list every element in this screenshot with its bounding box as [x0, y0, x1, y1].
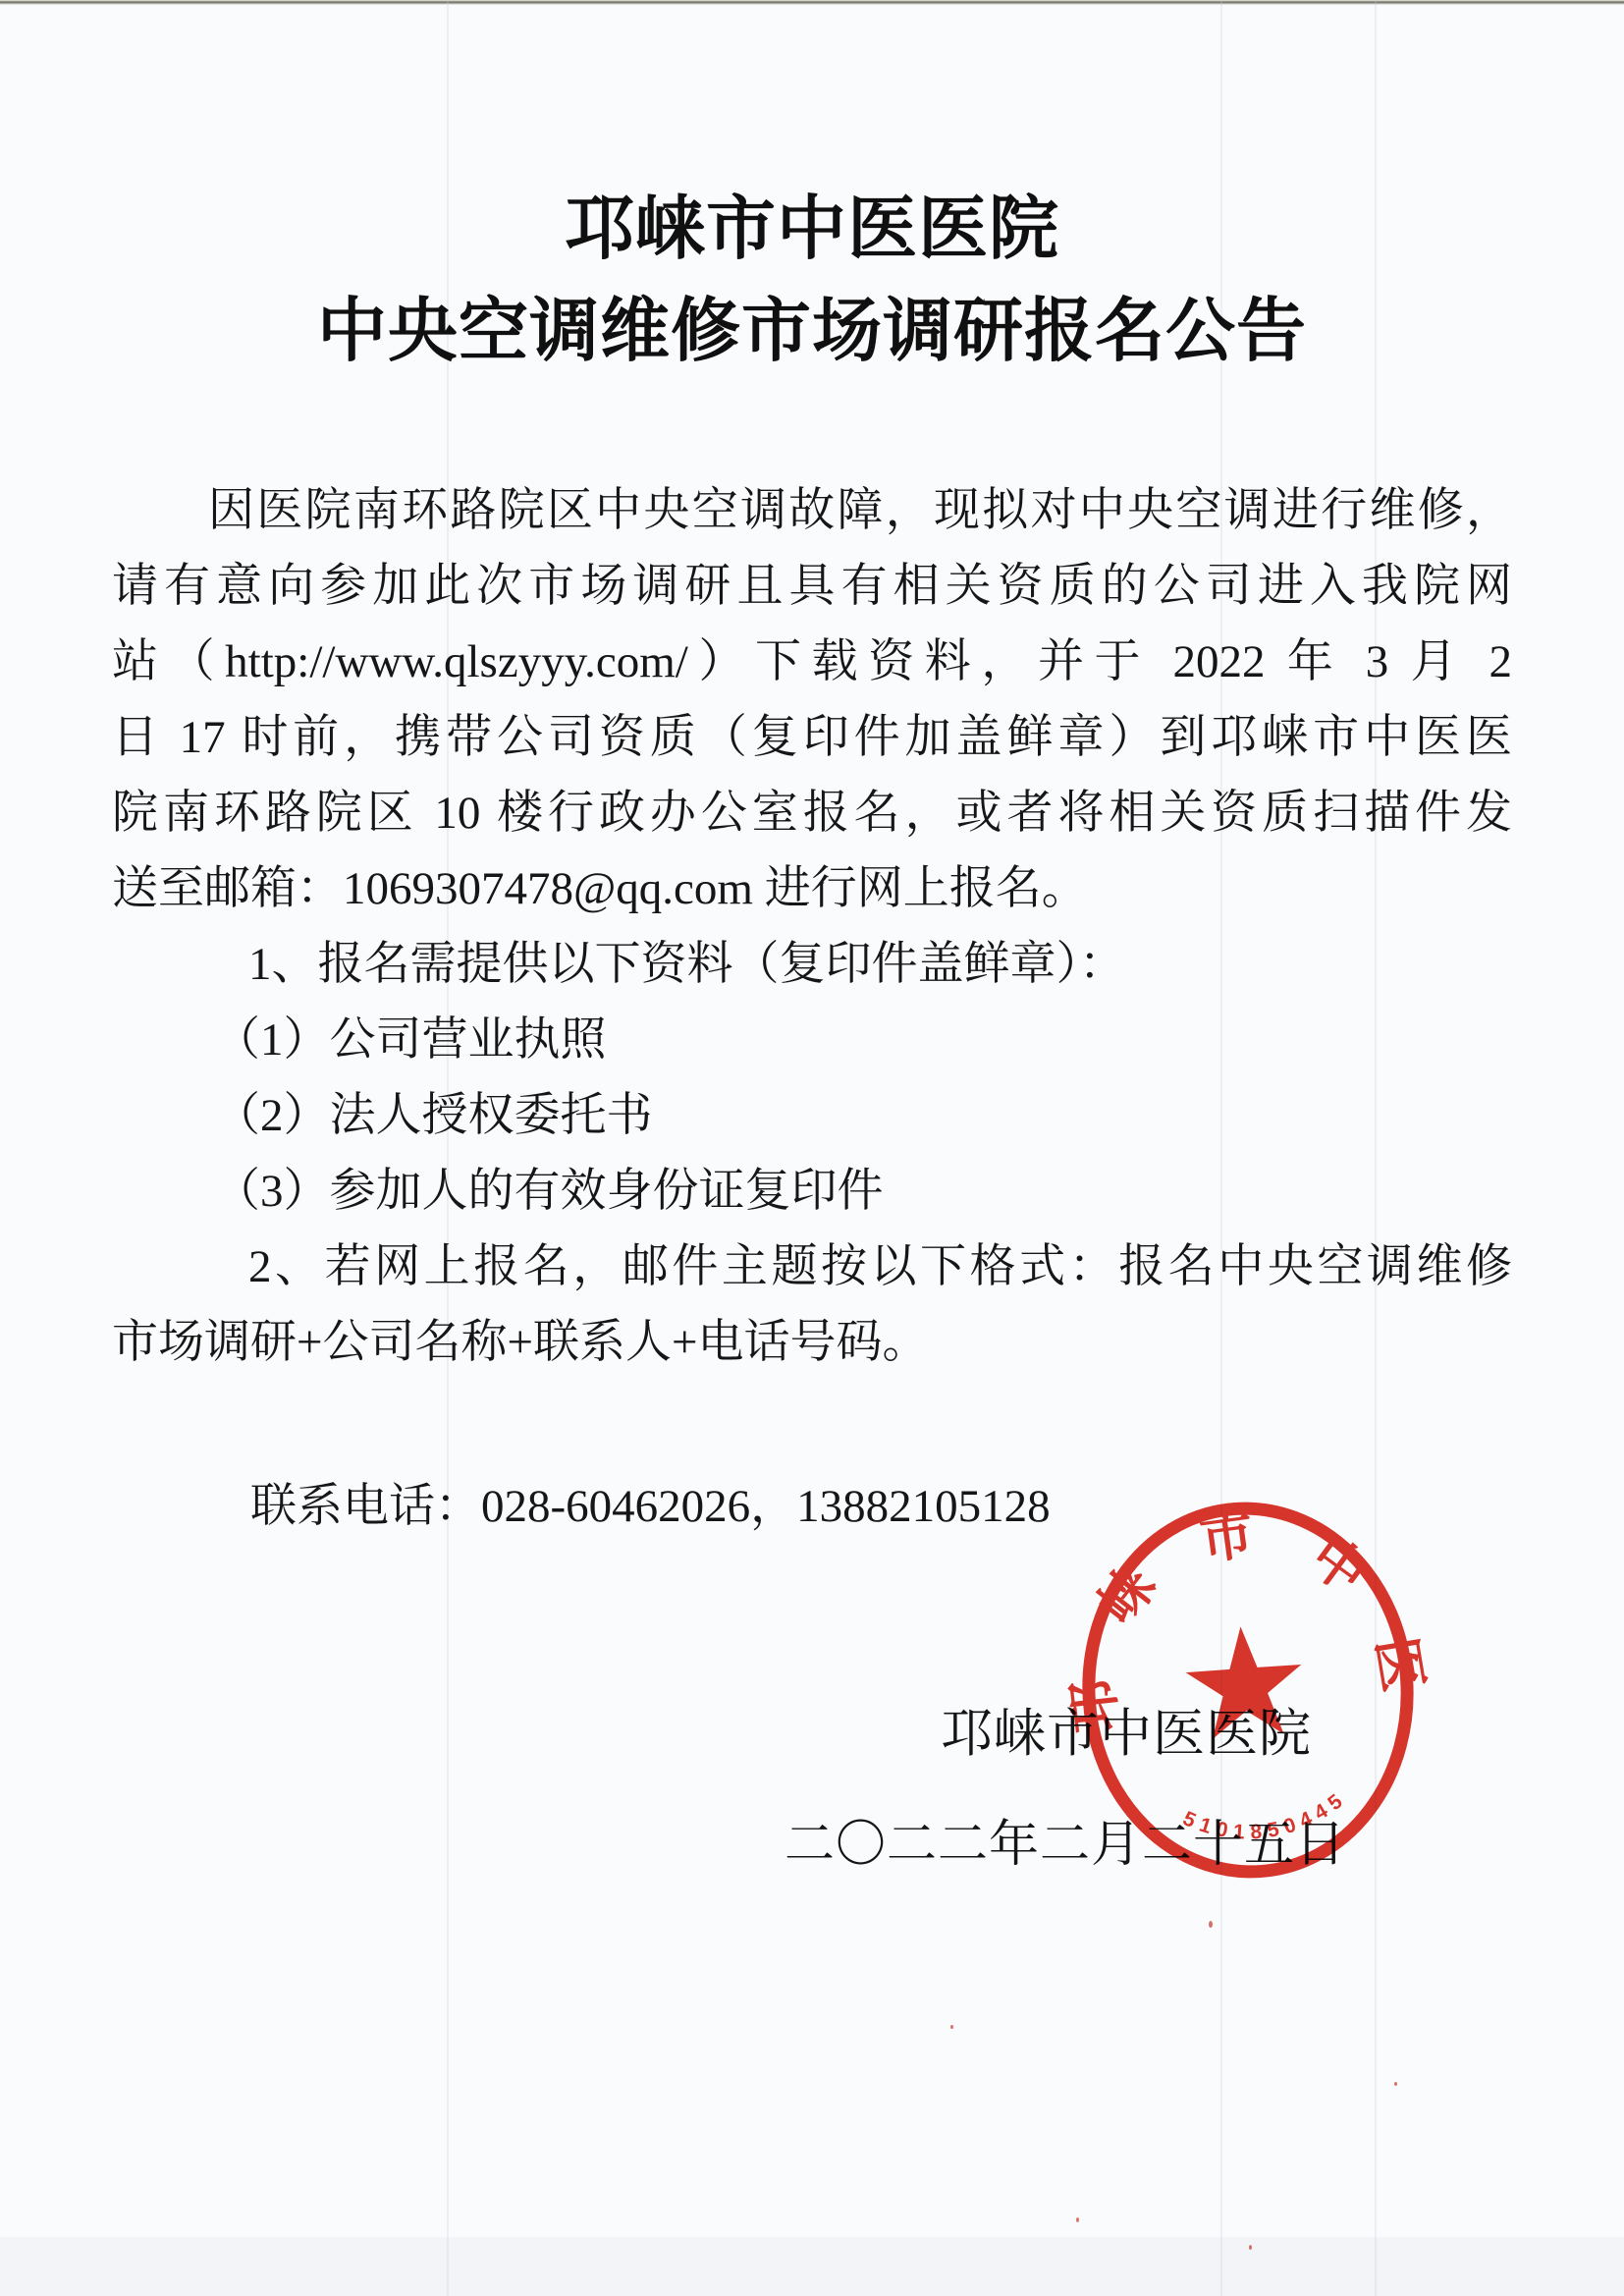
- scan-top-edge: [0, 0, 1624, 5]
- item2-line: 市场调研+公司名称+联系人+电话号码。: [112, 1305, 1512, 1381]
- paragraph1-line: 因医院南环路院区中央空调故障，现拟对中央空调进行维修，: [112, 473, 1512, 549]
- list1-item: （2）法人授权委托书: [112, 1078, 1512, 1154]
- ink-speck: [1394, 2082, 1397, 2086]
- document-title-line1: 邛崃市中医医院: [112, 179, 1512, 281]
- document-body: 因医院南环路院区中央空调故障，现拟对中央空调进行维修， 请有意向参加此次市场调研…: [112, 473, 1512, 1381]
- ink-speck: [1209, 1921, 1213, 1928]
- item2-line: 2、若网上报名，邮件主题按以下格式：报名中央空调维修: [112, 1230, 1512, 1305]
- ink-speck: [1076, 2217, 1079, 2222]
- scan-shade-band: [0, 2237, 1624, 2296]
- paragraph1-line: 站（http://www.qlszyyy.com/）下载资料，并于 2022 年…: [112, 625, 1512, 700]
- list1-item: （3）参加人的有效身份证复印件: [112, 1154, 1512, 1230]
- official-seal-stamp: 邛崃市中医医院 510185044545: [1065, 1485, 1431, 1887]
- document-title-line2: 中央空调维修市场调研报名公告: [112, 281, 1512, 383]
- paragraph1-line: 院南环路院区 10 楼行政办公室报名，或者将相关资质扫描件发: [112, 776, 1512, 851]
- list1-heading: 1、报名需提供以下资料（复印件盖鲜章）：: [112, 927, 1512, 1003]
- document-title: 邛崃市中医医院 中央空调维修市场调研报名公告: [112, 179, 1512, 383]
- ink-speck: [950, 2025, 953, 2029]
- paragraph1-line: 送至邮箱：1069307478@qq.com 进行网上报名。: [112, 851, 1512, 927]
- seal-star: [1183, 1622, 1307, 1740]
- ink-speck: [1249, 2245, 1252, 2250]
- paragraph1-line: 日 17 时前，携带公司资质（复印件加盖鲜章）到邛崃市中医医: [112, 700, 1512, 776]
- paragraph1-line: 请有意向参加此次市场调研且具有相关资质的公司进入我院网: [112, 549, 1512, 625]
- scanned-document-page: 邛崃市中医医院 中央空调维修市场调研报名公告 因医院南环路院区中央空调故障，现拟…: [0, 0, 1624, 2296]
- list1-item: （1）公司营业执照: [112, 1003, 1512, 1078]
